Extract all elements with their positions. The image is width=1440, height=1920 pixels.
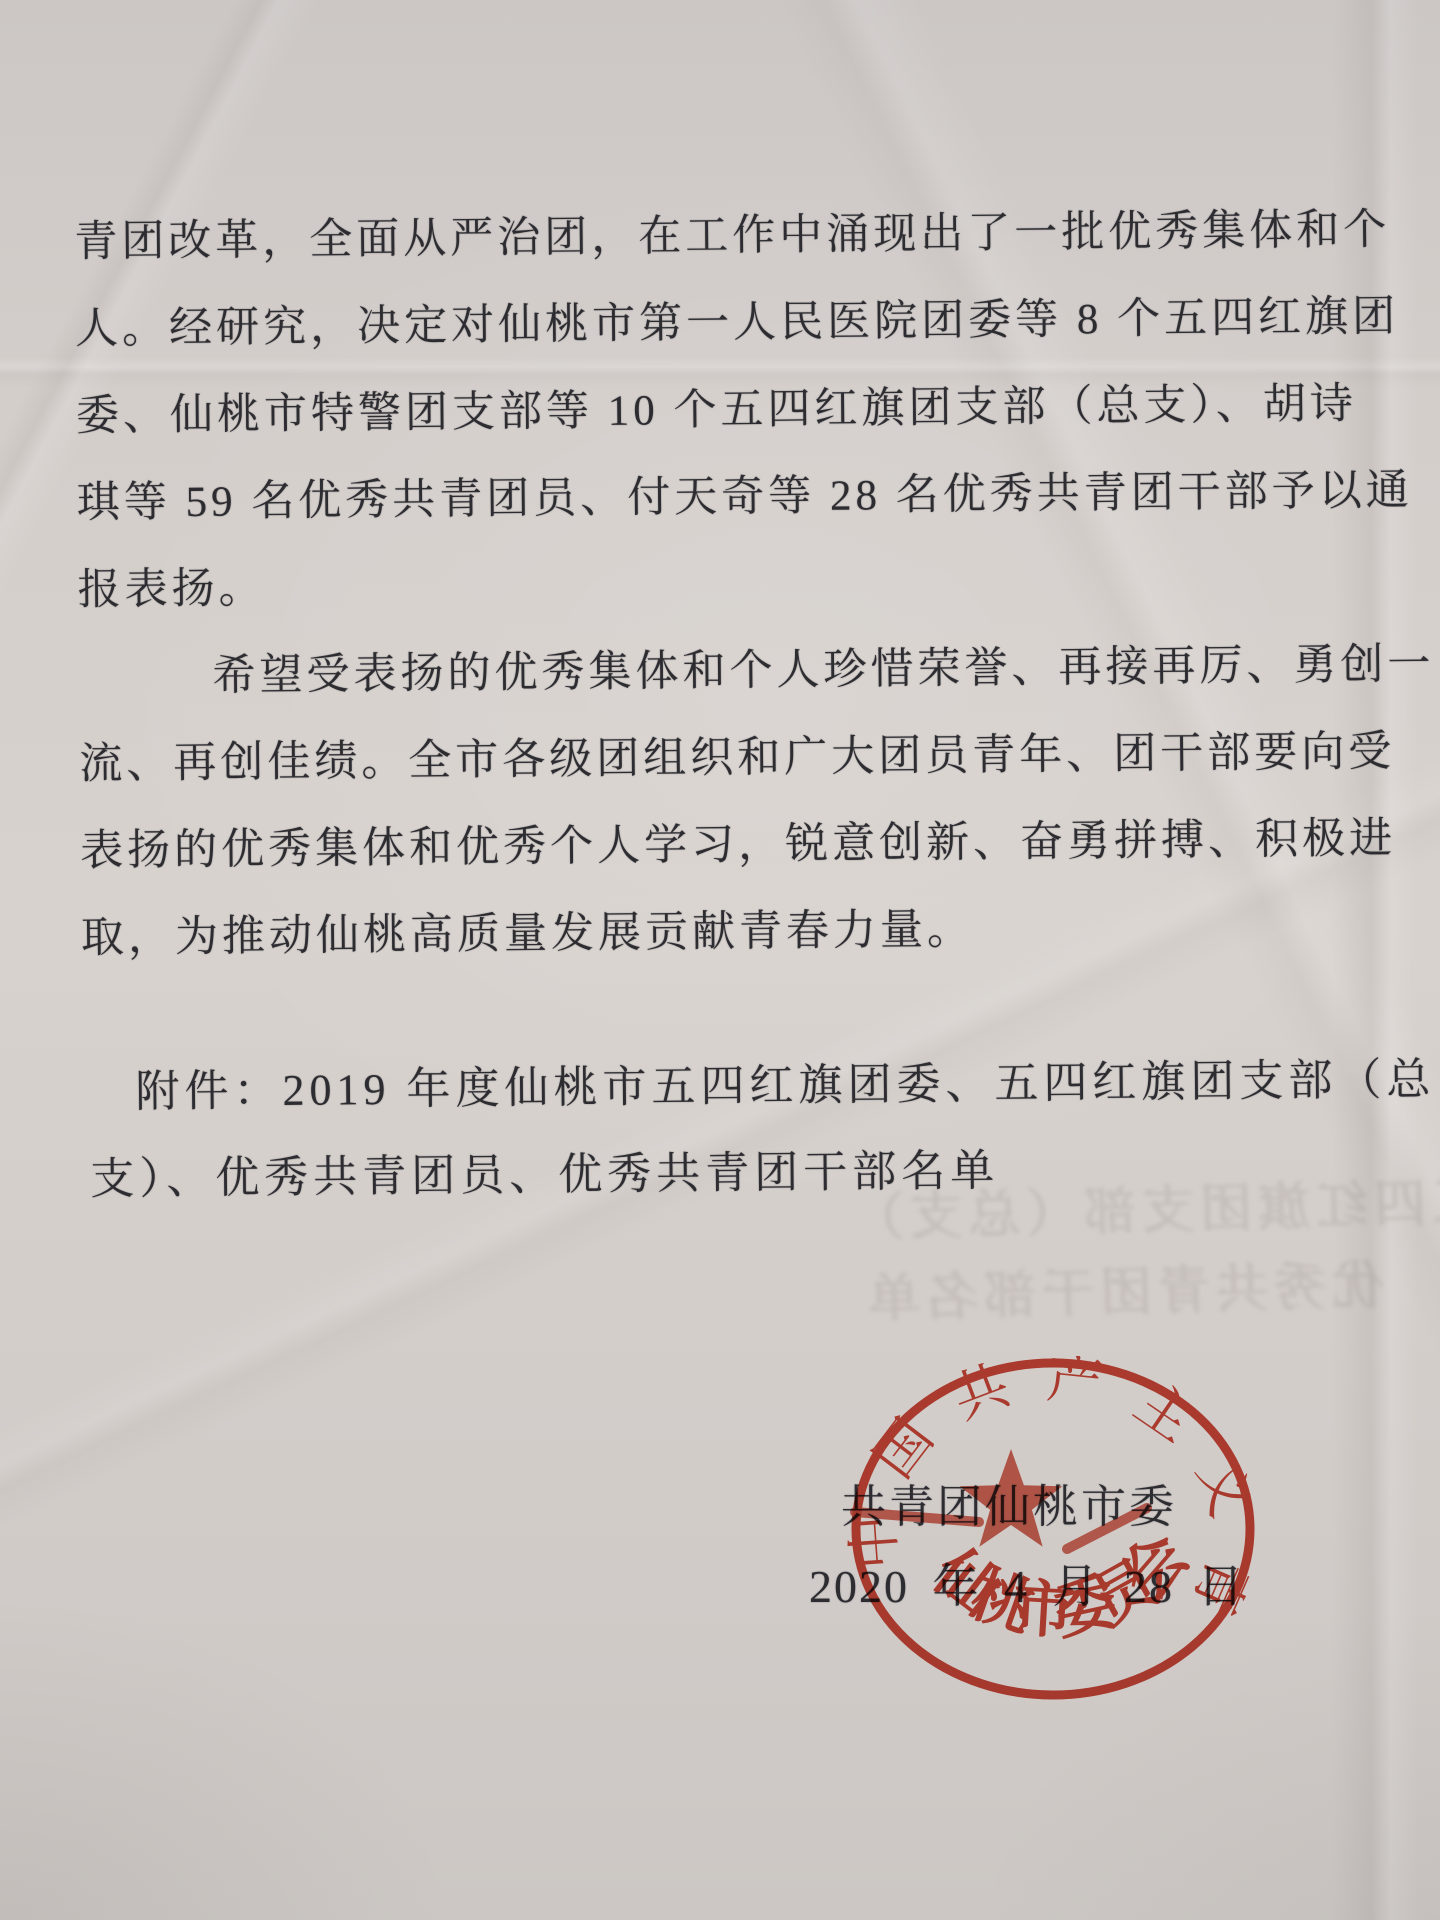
seal-bottom-arc-text: 仙桃市委员会 bbox=[920, 1521, 1202, 1647]
body-line-paragraph-indent: 希望受表扬的优秀集体和个人珍惜荣誉、再接再厉、勇创一 bbox=[212, 630, 1435, 703]
body-line: 人。经研究，决定对仙桃市第一人民医院团委等 8 个五四红旗团 bbox=[75, 282, 1400, 356]
body-line: 委、仙桃市特警团支部等 10 个五四红旗团支部（总支）、胡诗 bbox=[76, 370, 1358, 443]
official-seal: 中国共产主义青年团 仙桃市委员会 bbox=[843, 1356, 1263, 1706]
body-line: 取，为推动仙桃高质量发展贡献青春力量。 bbox=[81, 895, 975, 965]
body-line: 青团改革，全面从严治团，在工作中涌现出了一批优秀集体和个 bbox=[74, 195, 1391, 269]
star-icon bbox=[960, 1449, 1063, 1547]
body-line: 报表扬。 bbox=[77, 554, 266, 617]
photographed-document: 五四红旗团支部（总支） 优秀共青团干部名单 青团改革，全面从严治团，在工作中涌现… bbox=[0, 0, 1440, 1920]
body-line: 琪等 59 名优秀共青团员、付天奇等 28 名优秀共青团干部予以通 bbox=[76, 456, 1413, 530]
attachment-line: 支）、优秀共青团员、优秀共青团干部名单 bbox=[90, 1134, 1000, 1207]
body-line: 流、再创佳绩。全市各级团组织和广大团员青年、团干部要向受 bbox=[79, 717, 1396, 791]
body-line: 表扬的优秀集体和优秀个人学习，锐意创新、奋勇拼搏、积极进 bbox=[80, 804, 1397, 878]
attachment-line: 附件：2019 年度仙桃市五四红旗团委、五四红旗团支部（总 bbox=[135, 1043, 1436, 1119]
